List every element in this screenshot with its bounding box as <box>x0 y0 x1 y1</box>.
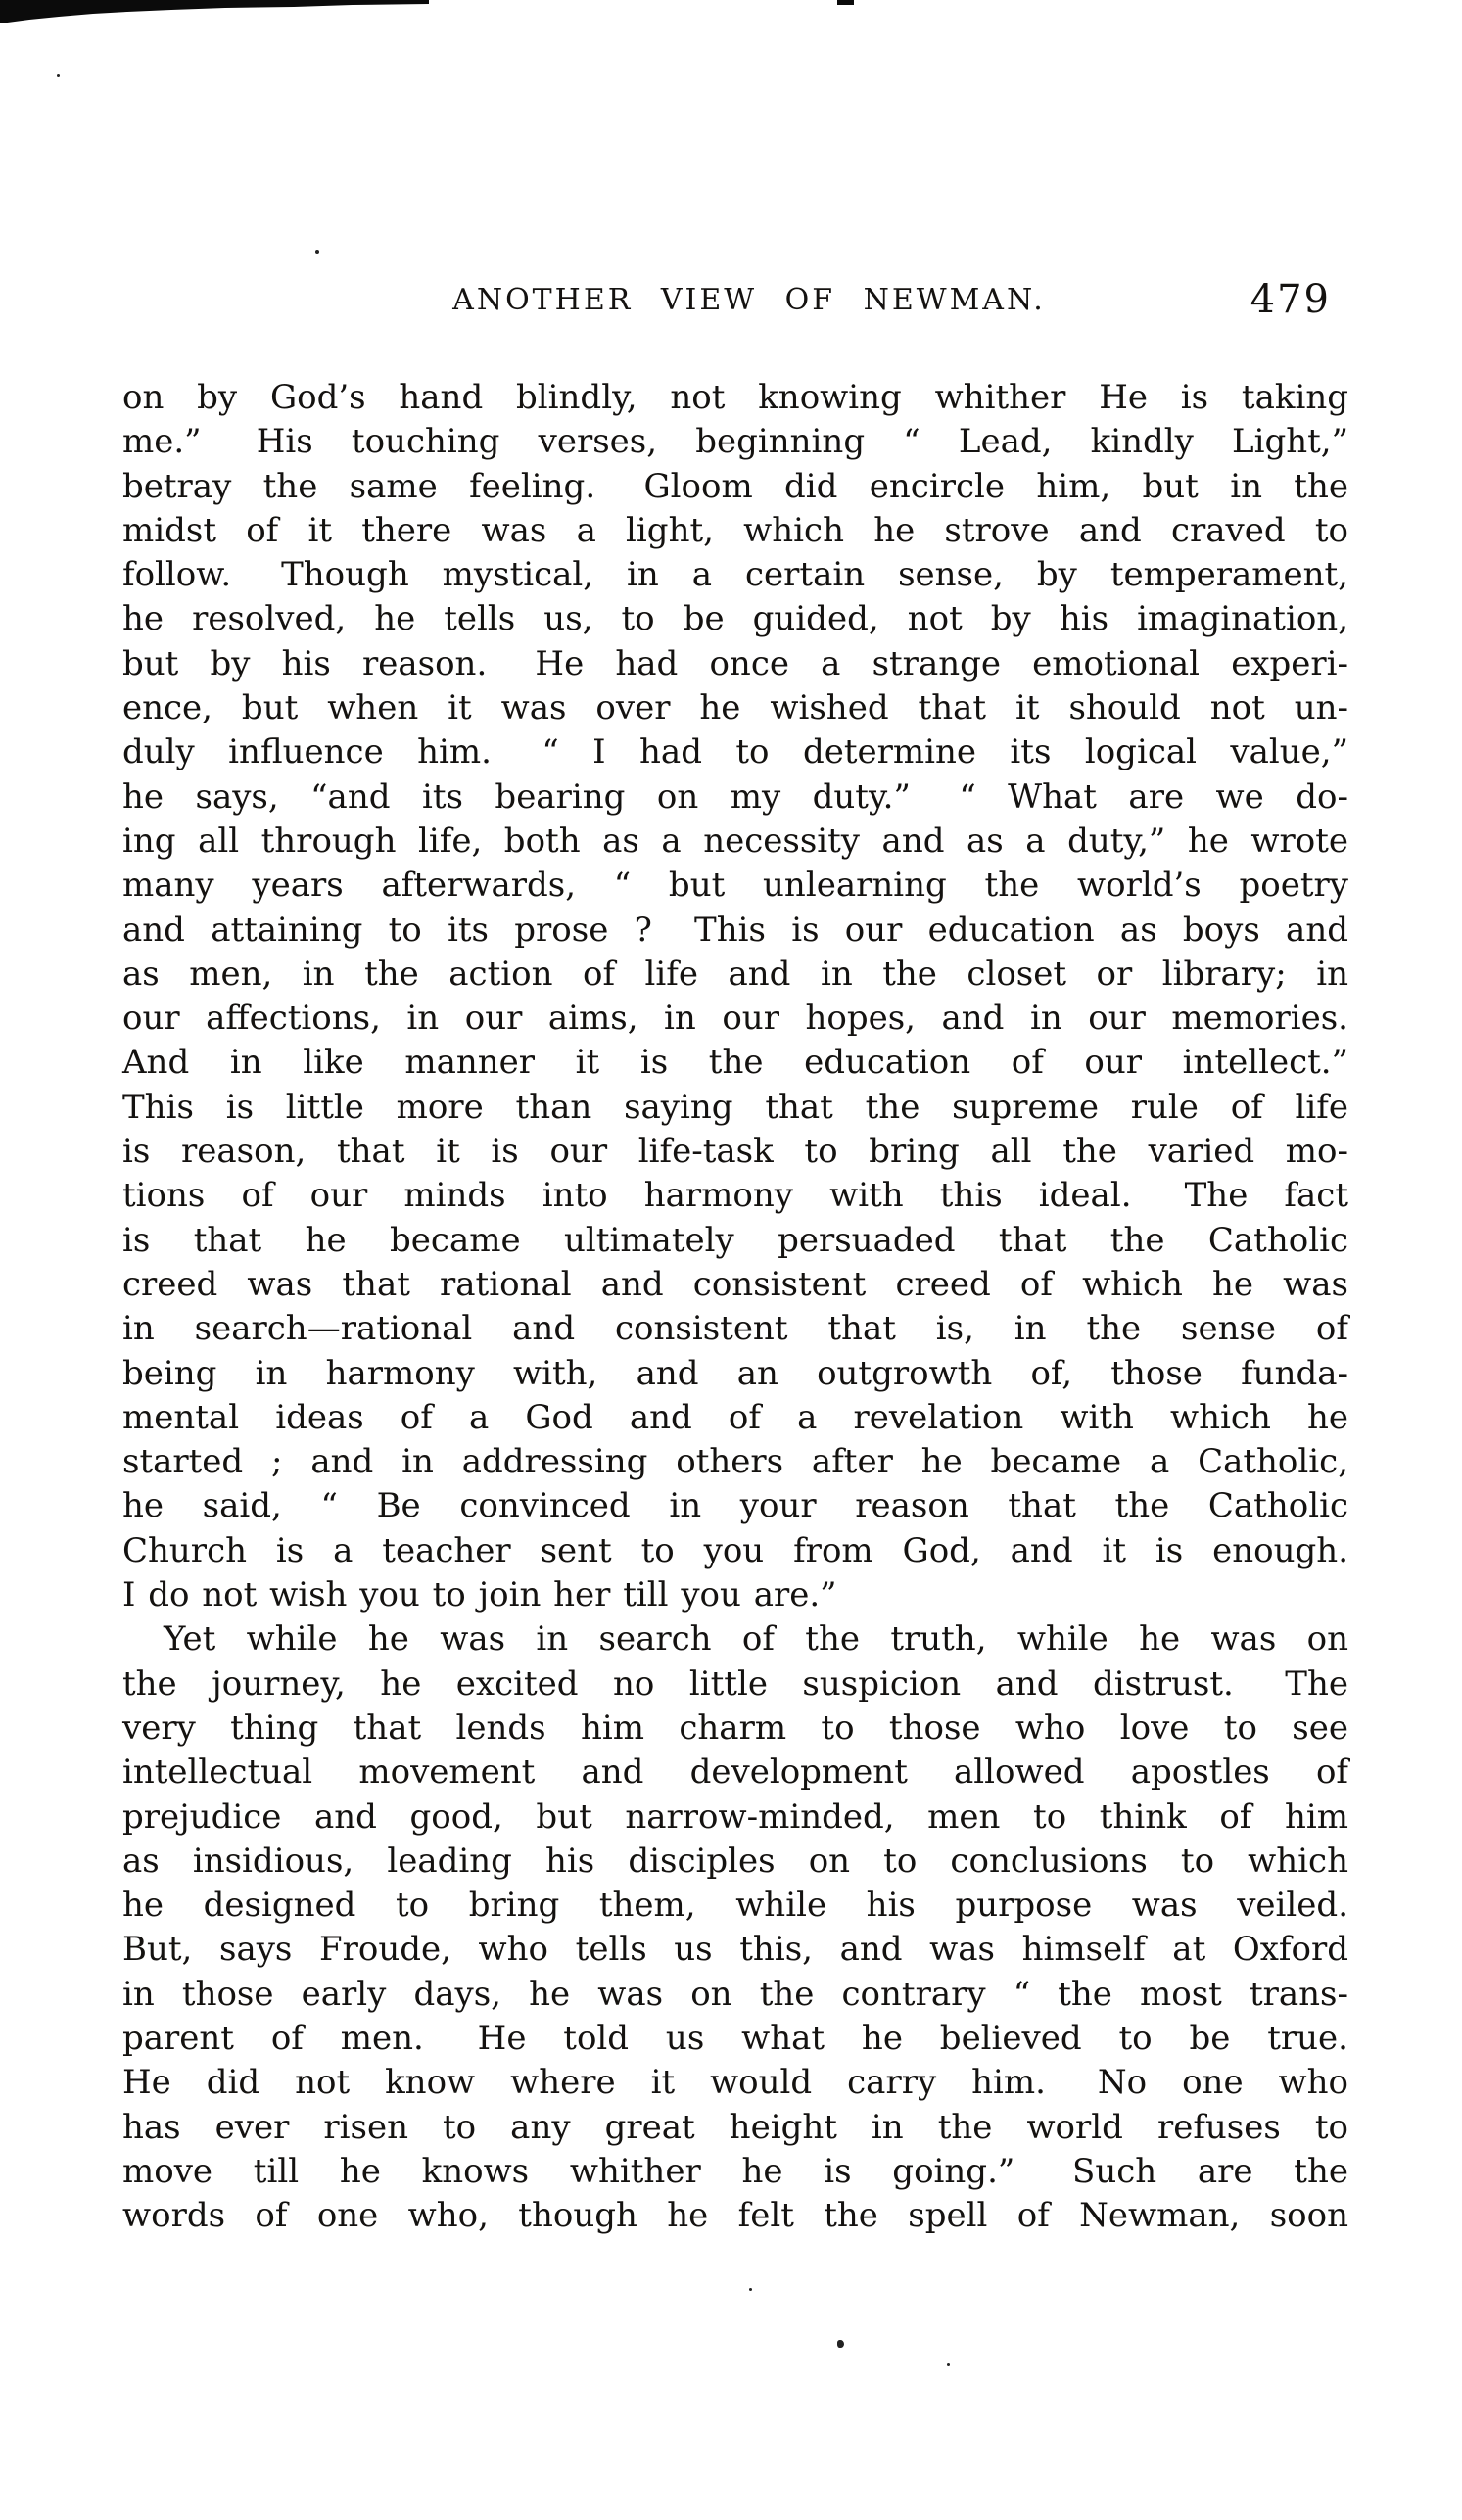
text-line: our affections, in our aims, in our hope… <box>122 997 1348 1041</box>
text-line: Yet while he was in search of the truth,… <box>122 1617 1348 1661</box>
text-line: betray the same feeling. Gloom did encir… <box>122 465 1348 509</box>
text-line: He did not know where it would carry him… <box>122 2061 1348 2105</box>
text-line: midst of it there was a light, which he … <box>122 509 1348 553</box>
scan-speck <box>749 2288 752 2291</box>
text-line: is reason, that it is our life-task to b… <box>122 1130 1348 1174</box>
text-line: he designed to bring them, while his pur… <box>122 1884 1348 1928</box>
text-line: he resolved, he tells us, to be guided, … <box>122 597 1348 641</box>
text-line: This is little more than saying that the… <box>122 1086 1348 1130</box>
text-line: started ; and in addressing others after… <box>122 1440 1348 1484</box>
text-line: But, says Froude, who tells us this, and… <box>122 1928 1348 1972</box>
text-line: tions of our minds into harmony with thi… <box>122 1174 1348 1218</box>
text-line: the journey, he excited no little suspic… <box>122 1662 1348 1706</box>
text-line: many years afterwards, “ but unlearning … <box>122 863 1348 908</box>
text-line: as men, in the action of life and in the… <box>122 953 1348 997</box>
text-line: Church is a teacher sent to you from God… <box>122 1529 1348 1573</box>
text-line: very thing that lends him charm to those… <box>122 1706 1348 1750</box>
text-line: move till he knows whither he is going.”… <box>122 2150 1348 2194</box>
page-number: 479 <box>1250 277 1331 322</box>
text-line: intellectual movement and development al… <box>122 1750 1348 1795</box>
paragraph: Yet while he was in search of the truth,… <box>122 1617 1348 2238</box>
text-line: me.” His touching verses, beginning “ Le… <box>122 420 1348 464</box>
text-line: being in harmony with, and an outgrowth … <box>122 1352 1348 1396</box>
text-line: I do not wish you to join her till you a… <box>122 1573 1348 1617</box>
scan-speck <box>57 74 60 77</box>
body-text: on by God’s hand blindly, not knowing wh… <box>122 376 1348 2238</box>
scan-speck <box>837 2340 844 2348</box>
text-line: has ever risen to any great height in th… <box>122 2106 1348 2150</box>
text-line: follow. Though mystical, in a certain se… <box>122 553 1348 597</box>
text-line: but by his reason. He had once a strange… <box>122 642 1348 686</box>
text-line: in search—rational and consistent that i… <box>122 1307 1348 1351</box>
running-head: ANOTHER VIEW OF NEWMAN. 479 <box>122 277 1348 326</box>
scanned-book-page: ANOTHER VIEW OF NEWMAN. 479 on by God’s … <box>0 0 1462 2520</box>
text-line: on by God’s hand blindly, not knowing wh… <box>122 376 1348 420</box>
scan-speck <box>315 250 319 254</box>
text-line: And in like manner it is the education o… <box>122 1041 1348 1085</box>
scan-smudge-tick <box>837 0 854 5</box>
text-line: ing all through life, both as a necessit… <box>122 819 1348 863</box>
text-line: and attaining to its prose ? This is our… <box>122 909 1348 953</box>
text-line: words of one who, though he felt the spe… <box>122 2194 1348 2238</box>
text-line: he says, “and its bearing on my duty.” “… <box>122 775 1348 819</box>
text-line: mental ideas of a God and of a revelatio… <box>122 1396 1348 1440</box>
text-line: ence, but when it was over he wished tha… <box>122 686 1348 730</box>
running-title: ANOTHER VIEW OF NEWMAN. <box>136 283 1362 317</box>
text-line: as insidious, leading his disciples on t… <box>122 1840 1348 1884</box>
paragraph: on by God’s hand blindly, not knowing wh… <box>122 376 1348 1617</box>
text-line: in those early days, he was on the contr… <box>122 1973 1348 2017</box>
text-line: creed was that rational and consistent c… <box>122 1263 1348 1307</box>
text-line: is that he became ultimately persuaded t… <box>122 1219 1348 1263</box>
text-line: parent of men. He told us what he believ… <box>122 2017 1348 2061</box>
scan-speck <box>947 2363 950 2366</box>
text-line: duly influence him. “ I had to determine… <box>122 730 1348 774</box>
text-line: he said, “ Be convinced in your reason t… <box>122 1484 1348 1528</box>
scan-smudge-top-edge <box>0 0 429 23</box>
text-line: prejudice and good, but narrow-minded, m… <box>122 1796 1348 1840</box>
